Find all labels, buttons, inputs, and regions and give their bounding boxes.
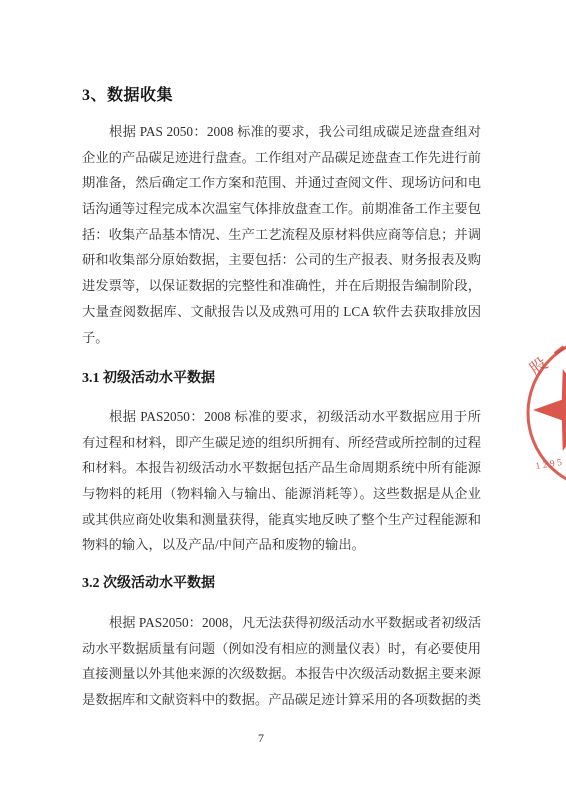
text-line: 与物料的耗用（物料输入与输出、能源消耗等）。这些数据是从企业 bbox=[82, 481, 481, 507]
text-line: 进发票等，以保证数据的完整性和准确性，并在后期报告编制阶段， bbox=[82, 273, 481, 299]
text-line: 企业的产品碳足迹进行盘查。工作组对产品碳足迹盘查工作先进行前 bbox=[82, 145, 481, 171]
text-line: 有过程和材料，即产生碳足迹的组织所拥有、所经营或所控制的过程 bbox=[82, 430, 481, 456]
company-seal-stamp: 股 1295 bbox=[524, 328, 566, 500]
page-number: 7 bbox=[0, 731, 522, 746]
text-line: 根据 PAS2050：2008，凡无法获得初级活动水平数据或者初级活 bbox=[82, 610, 481, 636]
section-3-paragraph: 根据 PAS 2050：2008 标准的要求，我公司组成碳足迹盘查组对 企业的产… bbox=[82, 119, 481, 350]
text-line: 话沟通等过程完成本次温室气体排放盘查工作。前期准备工作主要包 bbox=[82, 196, 481, 222]
text-line: 括：收集产品基本情况、生产工艺流程及原材料供应商等信息；并调 bbox=[82, 222, 481, 248]
seal-company-character: 股 bbox=[526, 354, 551, 379]
seal-serial-number: 1295 bbox=[535, 458, 565, 472]
text-line: 动水平数据质量有问题（例如没有相应的测量仪表）时，有必要使用 bbox=[82, 636, 481, 662]
section-heading-3: 3、数据收集 bbox=[82, 82, 173, 105]
text-line: 大量查阅数据库、文献报告以及成熟可用的 LCA 软件去获取排放因 bbox=[82, 299, 481, 325]
seal-graphic: 股 1295 bbox=[524, 328, 566, 500]
seal-character-fragment bbox=[555, 347, 564, 354]
text-line: 和材料。本报告初级活动水平数据包括产品生命周期系统中所有能源 bbox=[82, 455, 481, 481]
text-line: 物料的输入，以及产品/中间产品和废物的输出。 bbox=[82, 532, 481, 558]
section-heading-3-2: 3.2 次级活动水平数据 bbox=[82, 572, 215, 592]
text-line: 根据 PAS 2050：2008 标准的要求，我公司组成碳足迹盘查组对 bbox=[82, 119, 481, 145]
text-line: 研和收集部分原始数据，主要包括：公司的生产报表、财务报表及购 bbox=[82, 247, 481, 273]
text-line: 是数据库和文献资料中的数据。产品碳足迹计算采用的各项数据的类 bbox=[82, 687, 481, 713]
text-line: 子。 bbox=[82, 325, 481, 351]
text-line: 或其供应商处收集和测量获得，能真实地反映了整个生产过程能源和 bbox=[82, 507, 481, 533]
section-3-1-paragraph: 根据 PAS2050：2008 标准的要求，初级活动水平数据应用于所 有过程和材… bbox=[82, 404, 481, 558]
section-3-2-paragraph: 根据 PAS2050：2008，凡无法获得初级活动水平数据或者初级活 动水平数据… bbox=[82, 610, 481, 713]
text-line: 直接测量以外其他来源的次级数据。本报告中次级活动数据主要来源 bbox=[82, 661, 481, 687]
text-line: 期准备，然后确定工作方案和范围、并通过查阅文件、现场访问和电 bbox=[82, 170, 481, 196]
section-heading-3-1: 3.1 初级活动水平数据 bbox=[82, 367, 215, 387]
document-page: 3、数据收集 根据 PAS 2050：2008 标准的要求，我公司组成碳足迹盘查… bbox=[0, 0, 566, 800]
text-line: 根据 PAS2050：2008 标准的要求，初级活动水平数据应用于所 bbox=[82, 404, 481, 430]
